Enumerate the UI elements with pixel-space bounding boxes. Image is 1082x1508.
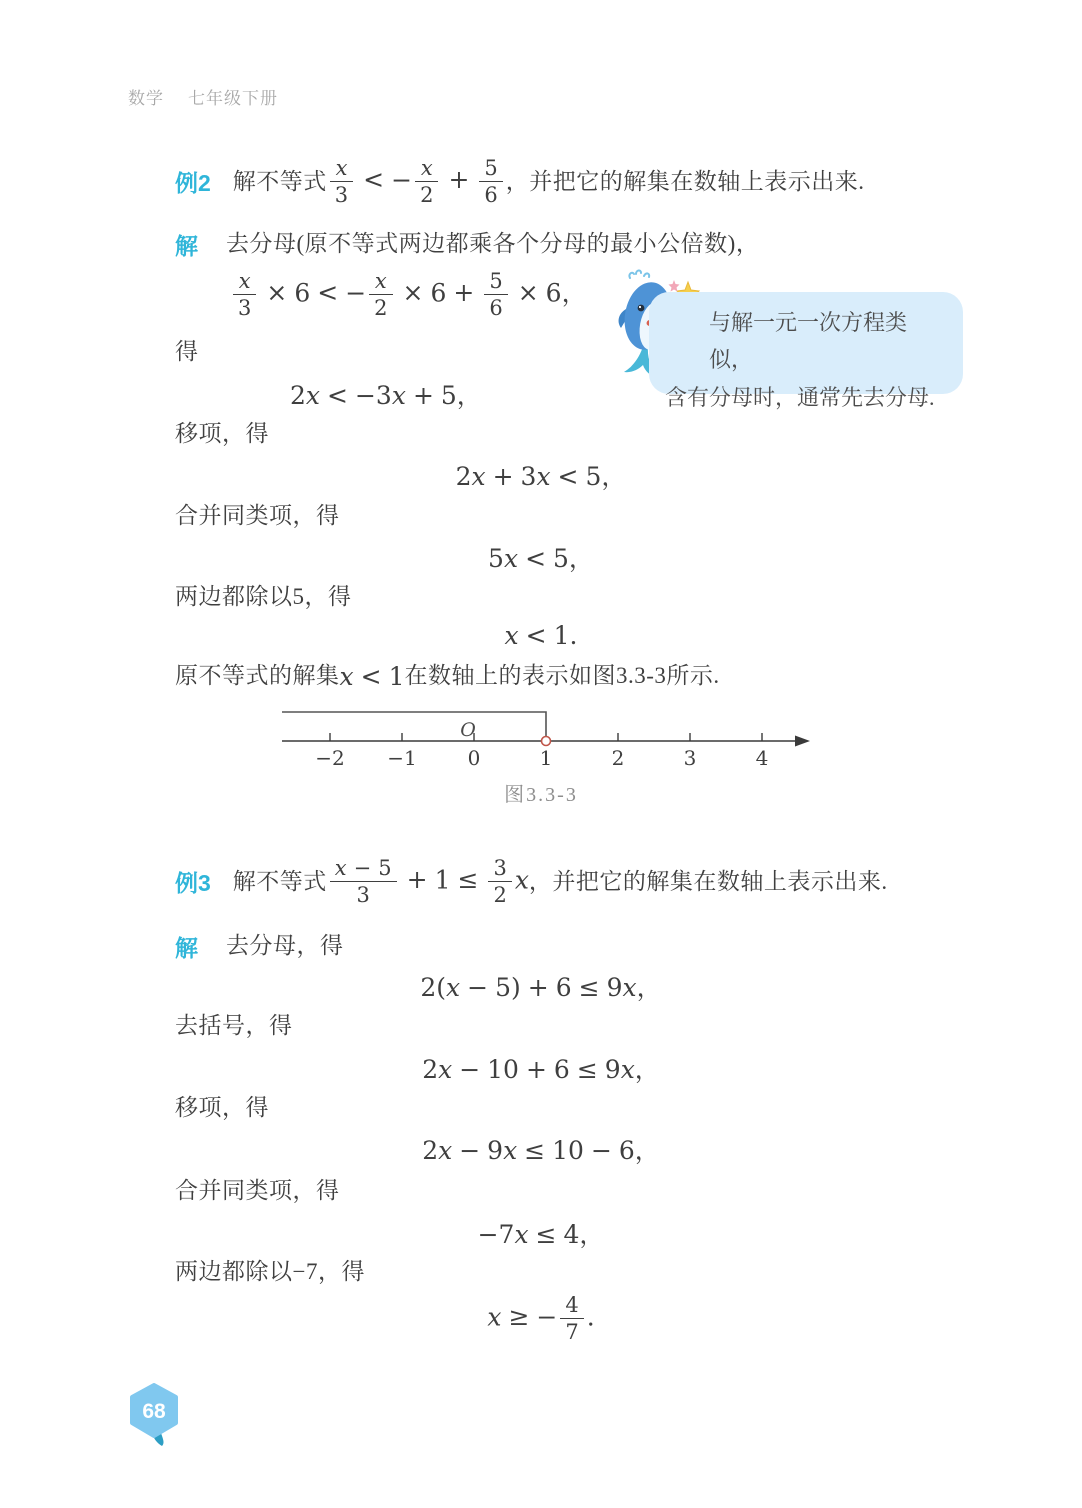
conclusion-post: 在数轴上的表示如图3.3-3所示. <box>404 660 719 692</box>
open-circle-at-1 <box>542 737 551 746</box>
tick-label: 0 <box>468 746 481 770</box>
example3-intro-post: ，并把它的解集在数轴上表示出来. <box>529 866 888 898</box>
solution-ray <box>282 712 546 736</box>
page-content: 例2 解不等式 x3<−x2+56 ，并把它的解集在数轴上表示出来. 解 去分母… <box>175 0 907 1508</box>
step-divide-by-neg7: 两边都除以−7，得 <box>175 1256 365 1288</box>
hint-text: 与解一元一次方程类似， 含有分母时，通常先去分母. <box>649 292 963 416</box>
example2-intro-post: ，并把它的解集在数轴上表示出来. <box>506 166 865 198</box>
tick-label: 4 <box>756 746 769 770</box>
figure-caption: 图3.3-3 <box>175 778 907 807</box>
origin-label: O <box>460 719 476 741</box>
tick-label: 3 <box>684 746 697 770</box>
example2-conclusion: 原不等式的解集 x<1 在数轴上的表示如图3.3-3所示. <box>175 660 720 692</box>
dolphin-eye-highlight <box>639 306 641 308</box>
hint-line-1: 与解一元一次方程类似， <box>665 304 947 379</box>
equation-multiply-by-6: x3×6<−x2×6+56×6， <box>230 268 587 322</box>
tick-label: 2 <box>612 746 625 770</box>
equation-2x-plus-3x: 2x+3x<5， <box>175 457 907 493</box>
example3-solution-start: 解 去分母，得 <box>175 930 344 963</box>
tick-label: −1 <box>387 746 416 770</box>
step-remove-brackets: 去括号，得 <box>175 1010 293 1042</box>
equation-2x-minus-10: 2x−10+6≤9x， <box>175 1050 907 1086</box>
example3-intro-math: x−53+1≤32x <box>327 855 529 909</box>
equation-2x-lt: 2x<−3x+5， <box>290 376 482 412</box>
example2-label: 例2 <box>175 165 211 198</box>
axis-arrowhead <box>795 736 810 747</box>
step-remove-denominator: 去分母，得 <box>226 930 344 962</box>
splash-drops-icon <box>629 270 649 278</box>
conclusion-math: x<1 <box>340 662 405 691</box>
equation-x-lt-1: x<1. <box>175 621 907 650</box>
step-remove-denominator: 去分母(原不等式两边都乘各个分母的最小公倍数)， <box>226 228 759 260</box>
hint-bubble: 与解一元一次方程类似， 含有分母时，通常先去分母. <box>649 292 963 394</box>
small-star-icon <box>669 280 680 292</box>
step-de: 得 <box>175 336 199 368</box>
step-combine-terms: 合并同类项，得 <box>175 1175 340 1207</box>
equation-2x-minus-9x: 2x−9x≤10−6， <box>175 1131 907 1167</box>
step-divide-by-5: 两边都除以5，得 <box>175 581 352 613</box>
tick-label: −2 <box>315 746 344 770</box>
header-subject: 数学 <box>128 89 164 108</box>
hint-line-2: 含有分母时，通常先去分母. <box>665 379 947 416</box>
tick-label: 1 <box>540 746 553 770</box>
equation-x-ge-neg-4-7: x≥−47. <box>175 1292 907 1346</box>
step-move-terms: 移项，得 <box>175 418 269 450</box>
equation-neg7x: −7x≤4， <box>175 1215 907 1251</box>
page-number: 68 <box>142 1400 166 1423</box>
example3-title: 例3 解不等式 x−53+1≤32x ，并把它的解集在数轴上表示出来. <box>175 855 888 909</box>
dolphin-eye <box>638 305 645 312</box>
example2-intro-math: x3<−x2+56 <box>327 155 506 209</box>
solution-label: 解 <box>175 228 198 261</box>
textbook-page: 数学七年级下册 例2 解不等式 x3<−x2+56 ，并把它的解集在数轴上表示出… <box>0 0 1082 1508</box>
solution-label: 解 <box>175 930 198 963</box>
example3-intro-pre: 解不等式 <box>233 866 327 898</box>
conclusion-pre: 原不等式的解集 <box>175 660 340 692</box>
example3-label: 例3 <box>175 865 211 898</box>
equation-2x-minus5-plus6: 2(x−5)+6≤9x， <box>175 968 907 1004</box>
step-move-terms: 移项，得 <box>175 1092 269 1124</box>
example2-intro-pre: 解不等式 <box>233 166 327 198</box>
example2-solution-start: 解 去分母(原不等式两边都乘各个分母的最小公倍数)， <box>175 228 759 261</box>
number-line-figure: O −2 −1 0 1 2 3 4 <box>280 698 810 776</box>
step-combine-terms: 合并同类项，得 <box>175 500 340 532</box>
example2-title: 例2 解不等式 x3<−x2+56 ，并把它的解集在数轴上表示出来. <box>175 155 865 209</box>
equation-5x-lt-5: 5x<5， <box>175 539 907 575</box>
page-number-badge: 68 <box>127 1383 181 1447</box>
